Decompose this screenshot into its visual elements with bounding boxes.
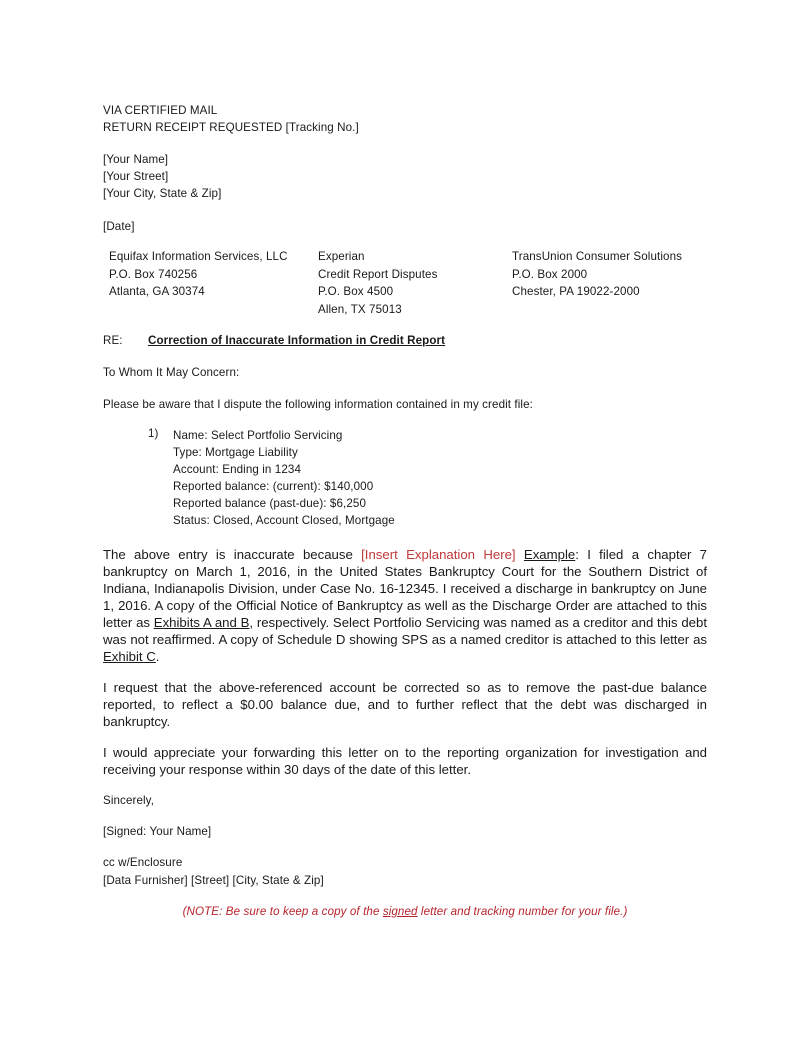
recipient-line: Credit Report Disputes xyxy=(318,266,437,284)
recipient-equifax: Equifax Information Services, LLC P.O. B… xyxy=(109,248,288,301)
recipient-line: Equifax Information Services, LLC xyxy=(109,248,288,266)
recipient-line: Atlanta, GA 30374 xyxy=(109,283,288,301)
sender-name: [Your Name] xyxy=(103,151,168,168)
salutation: To Whom It May Concern: xyxy=(103,364,239,381)
recipient-line: P.O. Box 2000 xyxy=(512,266,682,284)
sender-street: [Your Street] xyxy=(103,168,168,185)
certified-mail-line: VIA CERTIFIED MAIL xyxy=(103,102,217,119)
re-line: RE: Correction of Inaccurate Information… xyxy=(103,332,123,349)
example-label: Example xyxy=(524,547,575,562)
recipient-line: Chester, PA 19022-2000 xyxy=(512,283,682,301)
file-copy-note: (NOTE: Be sure to keep a copy of the sig… xyxy=(0,905,810,918)
item-account: Account: Ending in 1234 xyxy=(173,461,395,478)
item-name: Name: Select Portfolio Servicing xyxy=(173,427,395,444)
request-paragraph: I request that the above-referenced acco… xyxy=(103,679,707,730)
item-balance-current: Reported balance: (current): $140,000 xyxy=(173,478,395,495)
letter-page: VIA CERTIFIED MAIL RETURN RECEIPT REQUES… xyxy=(0,0,810,1042)
recipient-experian: Experian Credit Report Disputes P.O. Box… xyxy=(318,248,437,318)
re-subject: Correction of Inaccurate Information in … xyxy=(148,332,445,349)
item-status: Status: Closed, Account Closed, Mortgage xyxy=(173,512,395,529)
return-receipt-line: RETURN RECEIPT REQUESTED [Tracking No.] xyxy=(103,119,359,136)
recipient-transunion: TransUnion Consumer Solutions P.O. Box 2… xyxy=(512,248,682,301)
recipient-line: Experian xyxy=(318,248,437,266)
cc-label: cc w/Enclosure xyxy=(103,854,182,871)
recipient-line: TransUnion Consumer Solutions xyxy=(512,248,682,266)
letter-date: [Date] xyxy=(103,218,135,235)
recipient-line: P.O. Box 4500 xyxy=(318,283,437,301)
sender-city-state-zip: [Your City, State & Zip] xyxy=(103,185,221,202)
forwarding-paragraph: I would appreciate your forwarding this … xyxy=(103,744,707,778)
explanation-placeholder: [Insert Explanation Here] xyxy=(361,547,515,562)
closing: Sincerely, xyxy=(103,792,154,809)
recipient-line: P.O. Box 740256 xyxy=(109,266,288,284)
intro-line: Please be aware that I dispute the follo… xyxy=(103,396,533,413)
recipient-line: Allen, TX 75013 xyxy=(318,301,437,319)
item-balance-past-due: Reported balance (past-due): $6,250 xyxy=(173,495,395,512)
re-label: RE: xyxy=(103,334,123,347)
exhibit-c-ref: Exhibit C xyxy=(103,649,156,664)
explanation-paragraph: The above entry is inaccurate because [I… xyxy=(103,546,707,665)
note-emphasis: signed xyxy=(383,905,418,918)
signature: [Signed: Your Name] xyxy=(103,823,211,840)
exhibits-ab-ref: Exhibits A and B xyxy=(154,615,250,630)
item-type: Type: Mortgage Liability xyxy=(173,444,395,461)
cc-recipient: [Data Furnisher] [Street] [City, State &… xyxy=(103,872,324,889)
item-number: 1) xyxy=(148,427,159,440)
